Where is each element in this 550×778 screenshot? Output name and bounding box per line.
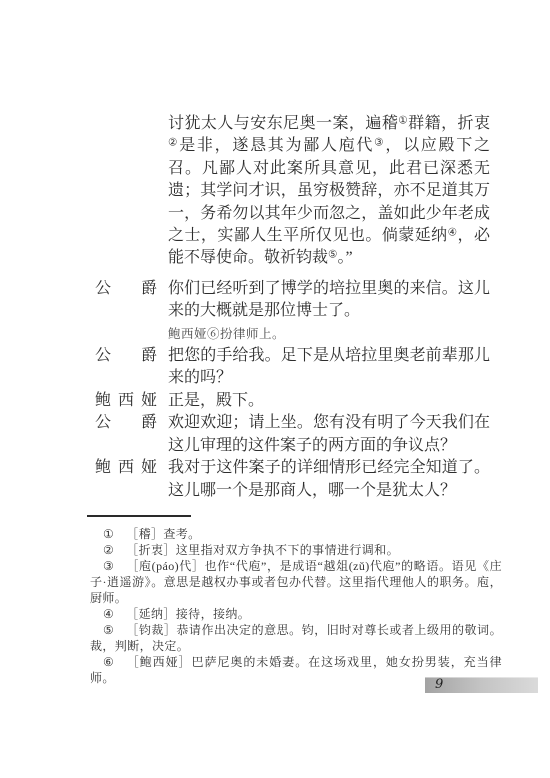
dialogue-entry: 公爵 你们已经听到了博学的培拉里奥的来信。这儿来的大概就是那位博士了。	[0, 278, 550, 323]
footnote-text: ［折衷］这里指对双方争执不下的事情进行调和。	[126, 543, 399, 557]
speaker-label: 鲍西娅	[95, 457, 157, 479]
stage-direction: 鲍西娅⑥扮律师上。	[168, 323, 550, 345]
footnote-item: ④［延纳］接待，接纳。	[90, 606, 502, 622]
footnote-separator	[87, 515, 191, 517]
footnote-marker: ③	[103, 559, 114, 573]
speech-text: 你们已经听到了博学的培拉里奥的来信。这儿来的大概就是那位博士了。	[168, 278, 490, 323]
footnote-item: ③［庖(páo)代］也作“代庖”，是成语“越俎(zǔ)代庖”的略语。语见《庄子·…	[90, 558, 502, 606]
page-number: 9	[435, 677, 443, 693]
footnote-marker: ①	[103, 527, 114, 541]
footnote-marker: ⑤	[103, 623, 114, 637]
footnote-marker: ⑥	[103, 655, 115, 669]
speech-text: 欢迎欢迎；请上坐。您有没有明了今天我们在这儿审理的这件案子的两方面的争议点？	[168, 412, 490, 457]
speaker-label: 鲍西娅	[95, 390, 157, 412]
speaker-label: 公爵	[95, 412, 157, 434]
footnote-item: ②［折衷］这里指对双方争执不下的事情进行调和。	[90, 542, 502, 558]
footnote-text: ［庖(páo)代］也作“代庖”，是成语“越俎(zǔ)代庖”的略语。语见《庄子·逍…	[90, 559, 502, 605]
footnote-marker: ②	[103, 543, 114, 557]
footnote-text: ［稽］查考。	[126, 527, 200, 541]
speech-text: 我对于这件案子的详细情形已经完全知道了。这儿哪一个是那商人，哪一个是犹太人？	[168, 457, 490, 502]
footnote-text: ［延纳］接待，接纳。	[126, 607, 250, 621]
speaker-label: 公爵	[95, 345, 157, 367]
speech-text: 正是，殿下。	[168, 390, 490, 412]
footnote-item: ①［稽］查考。	[90, 526, 502, 542]
speaker-label: 公爵	[95, 278, 157, 300]
dialogue-entry: 公爵 欢迎欢迎；请上坐。您有没有明了今天我们在这儿审理的这件案子的两方面的争议点…	[0, 412, 550, 457]
footnotes-block: ①［稽］查考。 ②［折衷］这里指对双方争执不下的事情进行调和。 ③［庖(páo)…	[90, 526, 502, 686]
dialogue-block: 公爵 你们已经听到了博学的培拉里奥的来信。这儿来的大概就是那位博士了。 鲍西娅⑥…	[0, 278, 550, 502]
footnote-marker: ④	[103, 607, 114, 621]
footnote-item: ⑤［钧裁］恭请作出决定的意思。钧，旧时对尊长或者上级用的敬词。裁，判断，决定。	[90, 622, 502, 654]
speech-text: 把您的手给我。足下是从培拉里奥老前辈那儿来的吗？	[168, 345, 490, 390]
dialogue-entry: 鲍西娅 正是，殿下。	[0, 390, 550, 412]
letter-text: 讨犹太人与安东尼奥一案，遍稽①群籍，折衷②是非，遂恳其为鄙人庖代③，以应殿下之召…	[168, 113, 490, 270]
dialogue-entry: 鲍西娅 我对于这件案子的详细情形已经完全知道了。这儿哪一个是那商人，哪一个是犹太…	[0, 457, 550, 502]
footnote-text: ［钧裁］恭请作出决定的意思。钧，旧时对尊长或者上级用的敬词。裁，判断，决定。	[90, 623, 502, 653]
page-number-band: 9	[425, 677, 538, 693]
textbook-page: 讨犹太人与安东尼奥一案，遍稽①群籍，折衷②是非，遂恳其为鄙人庖代③，以应殿下之召…	[0, 0, 550, 778]
dialogue-entry: 公爵 把您的手给我。足下是从培拉里奥老前辈那儿来的吗？	[0, 345, 550, 390]
